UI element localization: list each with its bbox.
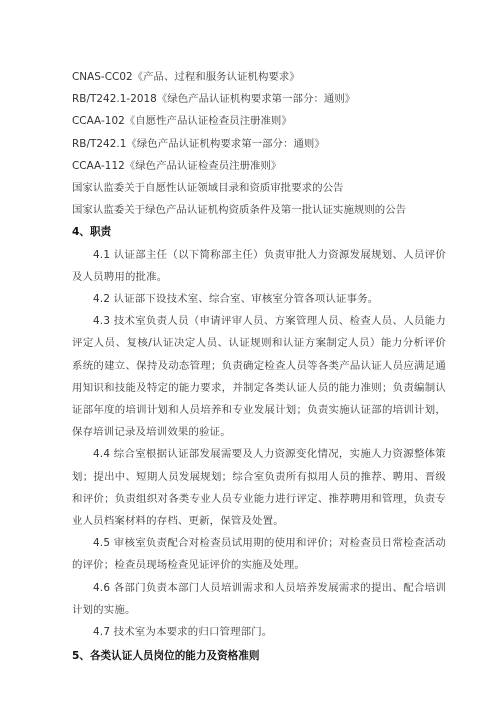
paragraph-4-5: 4.5 审核室负责配合对检查员试用期的使用和评价；对检查员日常检查活动的评价；检… bbox=[72, 532, 446, 576]
paragraph-4-6: 4.6 各部门负责本部门人员培训需求和人员培养发展需求的提出、配合培训计划的实施… bbox=[72, 577, 446, 621]
reference-line: RB/T242.1-2018《绿色产品认证机构要求第一部分：通则》 bbox=[72, 88, 446, 110]
paragraph-4-2: 4.2 认证部下设技术室、综合室、审核室分管各项认证事务。 bbox=[72, 288, 446, 310]
reference-line: CCAA-102《自愿性产品认证检查员注册准则》 bbox=[72, 110, 446, 132]
paragraph-4-3: 4.3 技术室负责人员（申请评审人员、方案管理人员、检查人员、人员能力评定人员、… bbox=[72, 310, 446, 443]
paragraph-4-4: 4.4 综合室根据认证部发展需要及人力资源变化情况，实施人力资源整体策划；提出中… bbox=[72, 443, 446, 532]
reference-line: 国家认监委关于自愿性认证领域目录和资质审批要求的公告 bbox=[72, 177, 446, 199]
paragraph-4-7: 4.7 技术室为本要求的归口管理部门。 bbox=[72, 621, 446, 643]
reference-line: CCAA-112《绿色产品认证检查员注册准则》 bbox=[72, 155, 446, 177]
reference-line: CNAS-CC02《产品、过程和服务认证机构要求》 bbox=[72, 66, 446, 88]
section-heading-responsibilities: 4、职责 bbox=[72, 221, 446, 243]
reference-line: 国家认监委关于绿色产品认证机构资质条件及第一批认证实施规则的公告 bbox=[72, 199, 446, 221]
reference-line: RB/T242.1《绿色产品认证机构要求第一部分：通则》 bbox=[72, 133, 446, 155]
paragraph-4-1: 4.1 认证部主任（以下简称部主任）负责审批人力资源发展规划、人员评价及人员聘用… bbox=[72, 244, 446, 288]
section-heading-qualification-criteria: 5、各类认证人员岗位的能力及资格准则 bbox=[72, 645, 446, 667]
document-page: CNAS-CC02《产品、过程和服务认证机构要求》 RB/T242.1-2018… bbox=[72, 66, 446, 667]
